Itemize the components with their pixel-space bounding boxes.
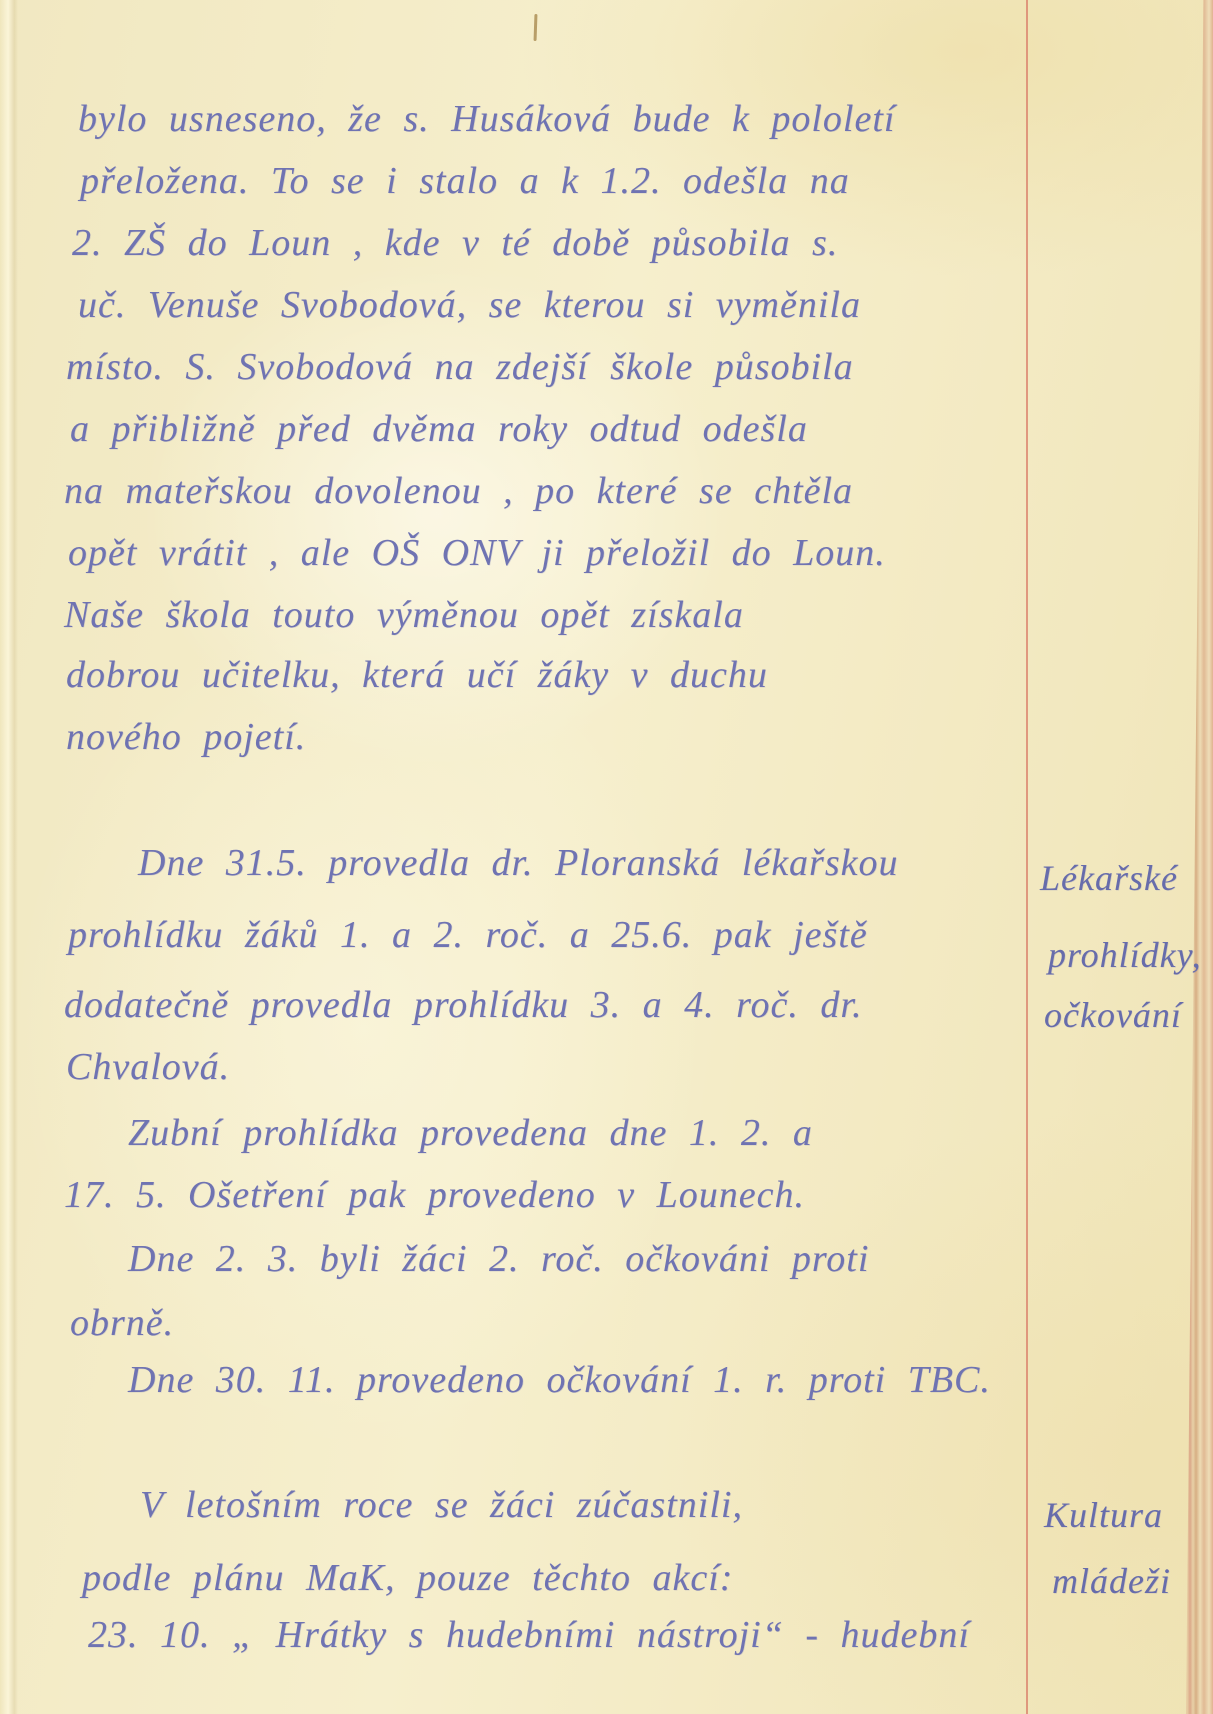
handwritten-line: podle plánu MaK, pouze těchto akcí: xyxy=(82,1555,733,1601)
handwritten-line: nového pojetí. xyxy=(66,714,306,760)
margin-note-line: prohlídky, xyxy=(1048,932,1202,978)
handwritten-line: Zubní prohlídka provedena dne 1. 2. a xyxy=(128,1110,813,1156)
handwritten-line: 17. 5. Ošetření pak provedeno v Lounech. xyxy=(64,1172,805,1218)
handwritten-line: místo. S. Svobodová na zdejší škole půso… xyxy=(66,344,854,390)
handwritten-line: na mateřskou dovolenou , po které se cht… xyxy=(64,468,853,514)
handwritten-line: Dne 31.5. provedla dr. Ploranská lékařsk… xyxy=(138,840,899,886)
page-edge-stack xyxy=(1183,0,1213,1714)
margin-note-line: Kultura xyxy=(1044,1492,1163,1538)
handwritten-line: Naše škola touto výměnou opět získala xyxy=(64,592,744,638)
handwritten-line: uč. Venuše Svobodová, se kterou si vyměn… xyxy=(78,282,861,328)
handwritten-line: opět vrátit , ale OŠ ONV ji přeložil do … xyxy=(68,530,886,576)
margin-note-line: očkování xyxy=(1044,992,1182,1038)
margin-rule-line xyxy=(1026,0,1028,1714)
handwritten-line: prohlídku žáků 1. a 2. roč. a 25.6. pak … xyxy=(68,912,868,958)
margin-note-line: mládeži xyxy=(1052,1558,1171,1604)
handwritten-line: a přibližně před dvěma roky odtud odešla xyxy=(70,406,808,452)
margin-note-line: Lékařské xyxy=(1040,855,1178,901)
handwritten-line: Chvalová. xyxy=(66,1044,230,1090)
handwritten-line: bylo usneseno, že s. Husáková bude k pol… xyxy=(78,96,895,142)
ink-mark xyxy=(534,14,538,41)
handwritten-line: Dne 30. 11. provedeno očkování 1. r. pro… xyxy=(128,1357,991,1403)
handwritten-line: V letošním roce se žáci zúčastnili, xyxy=(140,1482,743,1528)
handwritten-line: Dne 2. 3. byli žáci 2. roč. očkováni pro… xyxy=(128,1236,869,1282)
handwritten-line: přeložena. To se i stalo a k 1.2. odešla… xyxy=(80,158,850,204)
handwritten-line: 2. ZŠ do Loun , kde v té době působila s… xyxy=(72,220,838,266)
handwritten-line: dodatečně provedla prohlídku 3. a 4. roč… xyxy=(64,982,863,1028)
handwritten-line: 23. 10. „ Hrátky s hudebními nástroji“ -… xyxy=(88,1612,970,1658)
chronicle-page: { "page": { "language": "cs", "kind": "h… xyxy=(0,0,1213,1714)
handwritten-line: obrně. xyxy=(70,1300,174,1346)
handwritten-line: dobrou učitelku, která učí žáky v duchu xyxy=(66,652,768,698)
page-fold-edge xyxy=(0,0,18,1714)
